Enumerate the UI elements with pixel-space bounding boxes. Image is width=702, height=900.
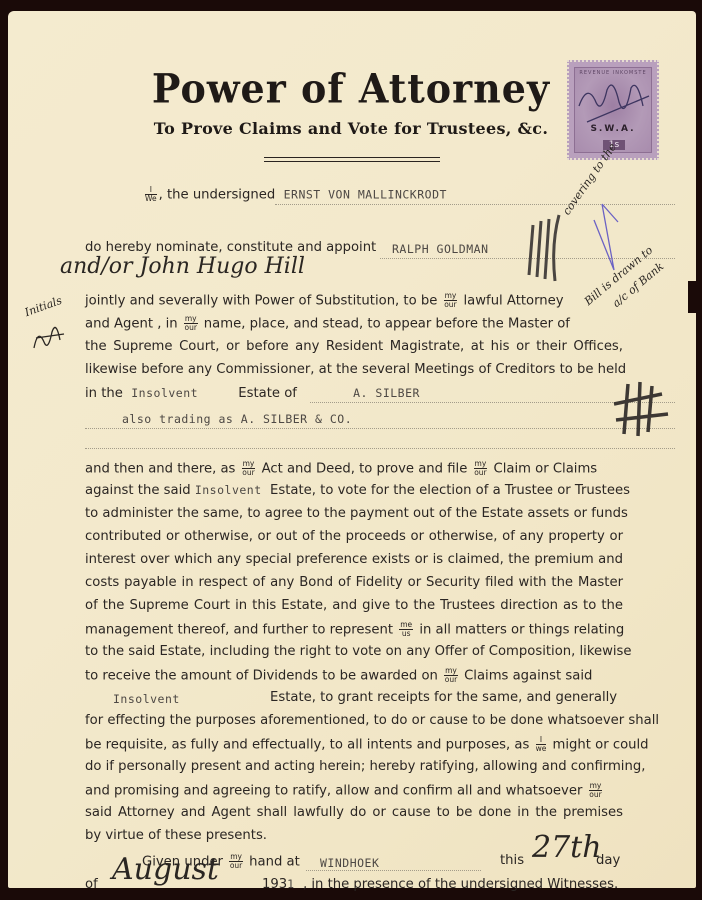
body-line: likewise before any Commissioner, at the… [85, 362, 623, 377]
body-line: said Attorney and Agent shall lawfully d… [85, 805, 623, 820]
year-text: 1931 , in the presence of the undersigne… [262, 877, 618, 892]
handwritten-day: 27th [532, 830, 602, 865]
appoint-text: do hereby nominate, constitute and appoi… [85, 240, 376, 255]
tally-mark-icon [612, 380, 672, 440]
initials-signature-icon [30, 318, 70, 358]
body-line: the Supreme Court, or before any Residen… [85, 339, 623, 354]
undersigned-line: IWe, the undersigned ERNST VON MALLINCKR… [143, 186, 447, 203]
body-line: for effecting the purposes aforementione… [85, 713, 623, 728]
of-text: of [85, 877, 98, 892]
year-field: 1 [287, 877, 294, 891]
body-line: and then and there, as myour Act and Dee… [85, 460, 623, 477]
this-text: this [500, 853, 524, 868]
body-line: management thereof, and further to repre… [85, 621, 624, 638]
attorney-name-field: RALPH GOLDMAN [392, 242, 489, 256]
estate-name-field: A. SILBER [353, 386, 420, 400]
fill-line [85, 448, 675, 449]
body-line: against the said Insolvent Estate, to vo… [85, 483, 630, 498]
handwritten-additional-attorney: and/or John Hugo Hill [60, 254, 305, 279]
body-line: contributed or otherwise, or out of the … [85, 529, 623, 544]
estate-line: in the Insolvent Estate of A. SILBER [85, 386, 420, 401]
body-line: to receive the amount of Dividends to be… [85, 667, 592, 684]
body-line: be requisite, as fully and effectually, … [85, 736, 649, 753]
estate-status-field-2: Insolvent [113, 692, 180, 706]
initials-strokes-icon [525, 215, 565, 285]
title-divider-2 [264, 161, 440, 162]
cancellation-signature-icon [577, 76, 657, 136]
body-line: interest over which any special preferen… [85, 552, 623, 567]
day-text: day [596, 853, 620, 868]
substitution-line: jointly and severally with Power of Subs… [85, 292, 564, 309]
principal-name-field: ERNST VON MALLINCKRODT [284, 188, 447, 202]
estate-status-field: Insolvent [131, 386, 198, 400]
fill-line [85, 428, 675, 429]
body-line: and promising and agreeing to ratify, al… [85, 782, 604, 799]
body-line: by virtue of these presents. [85, 828, 267, 843]
place-field: WINDHOEK [320, 856, 379, 870]
body-line: to the said Estate, including the right … [85, 644, 623, 659]
body-line: of the Supreme Court in this Estate, and… [85, 598, 623, 613]
trading-as-field: also trading as A. SILBER & CO. [122, 412, 352, 426]
body-line: do if personally present and acting here… [85, 759, 623, 774]
body-line: Estate, to grant receipts for the same, … [270, 690, 617, 705]
body-line: to administer the same, to agree to the … [85, 506, 623, 521]
fill-line [306, 870, 481, 871]
title-divider [264, 157, 440, 158]
handwritten-month: August [112, 852, 219, 887]
i-we-fraction: IWe [145, 186, 157, 203]
agent-line: and Agent , in myour name, place, and st… [85, 315, 623, 332]
body-line: costs payable in respect of any Bond of … [85, 575, 623, 590]
